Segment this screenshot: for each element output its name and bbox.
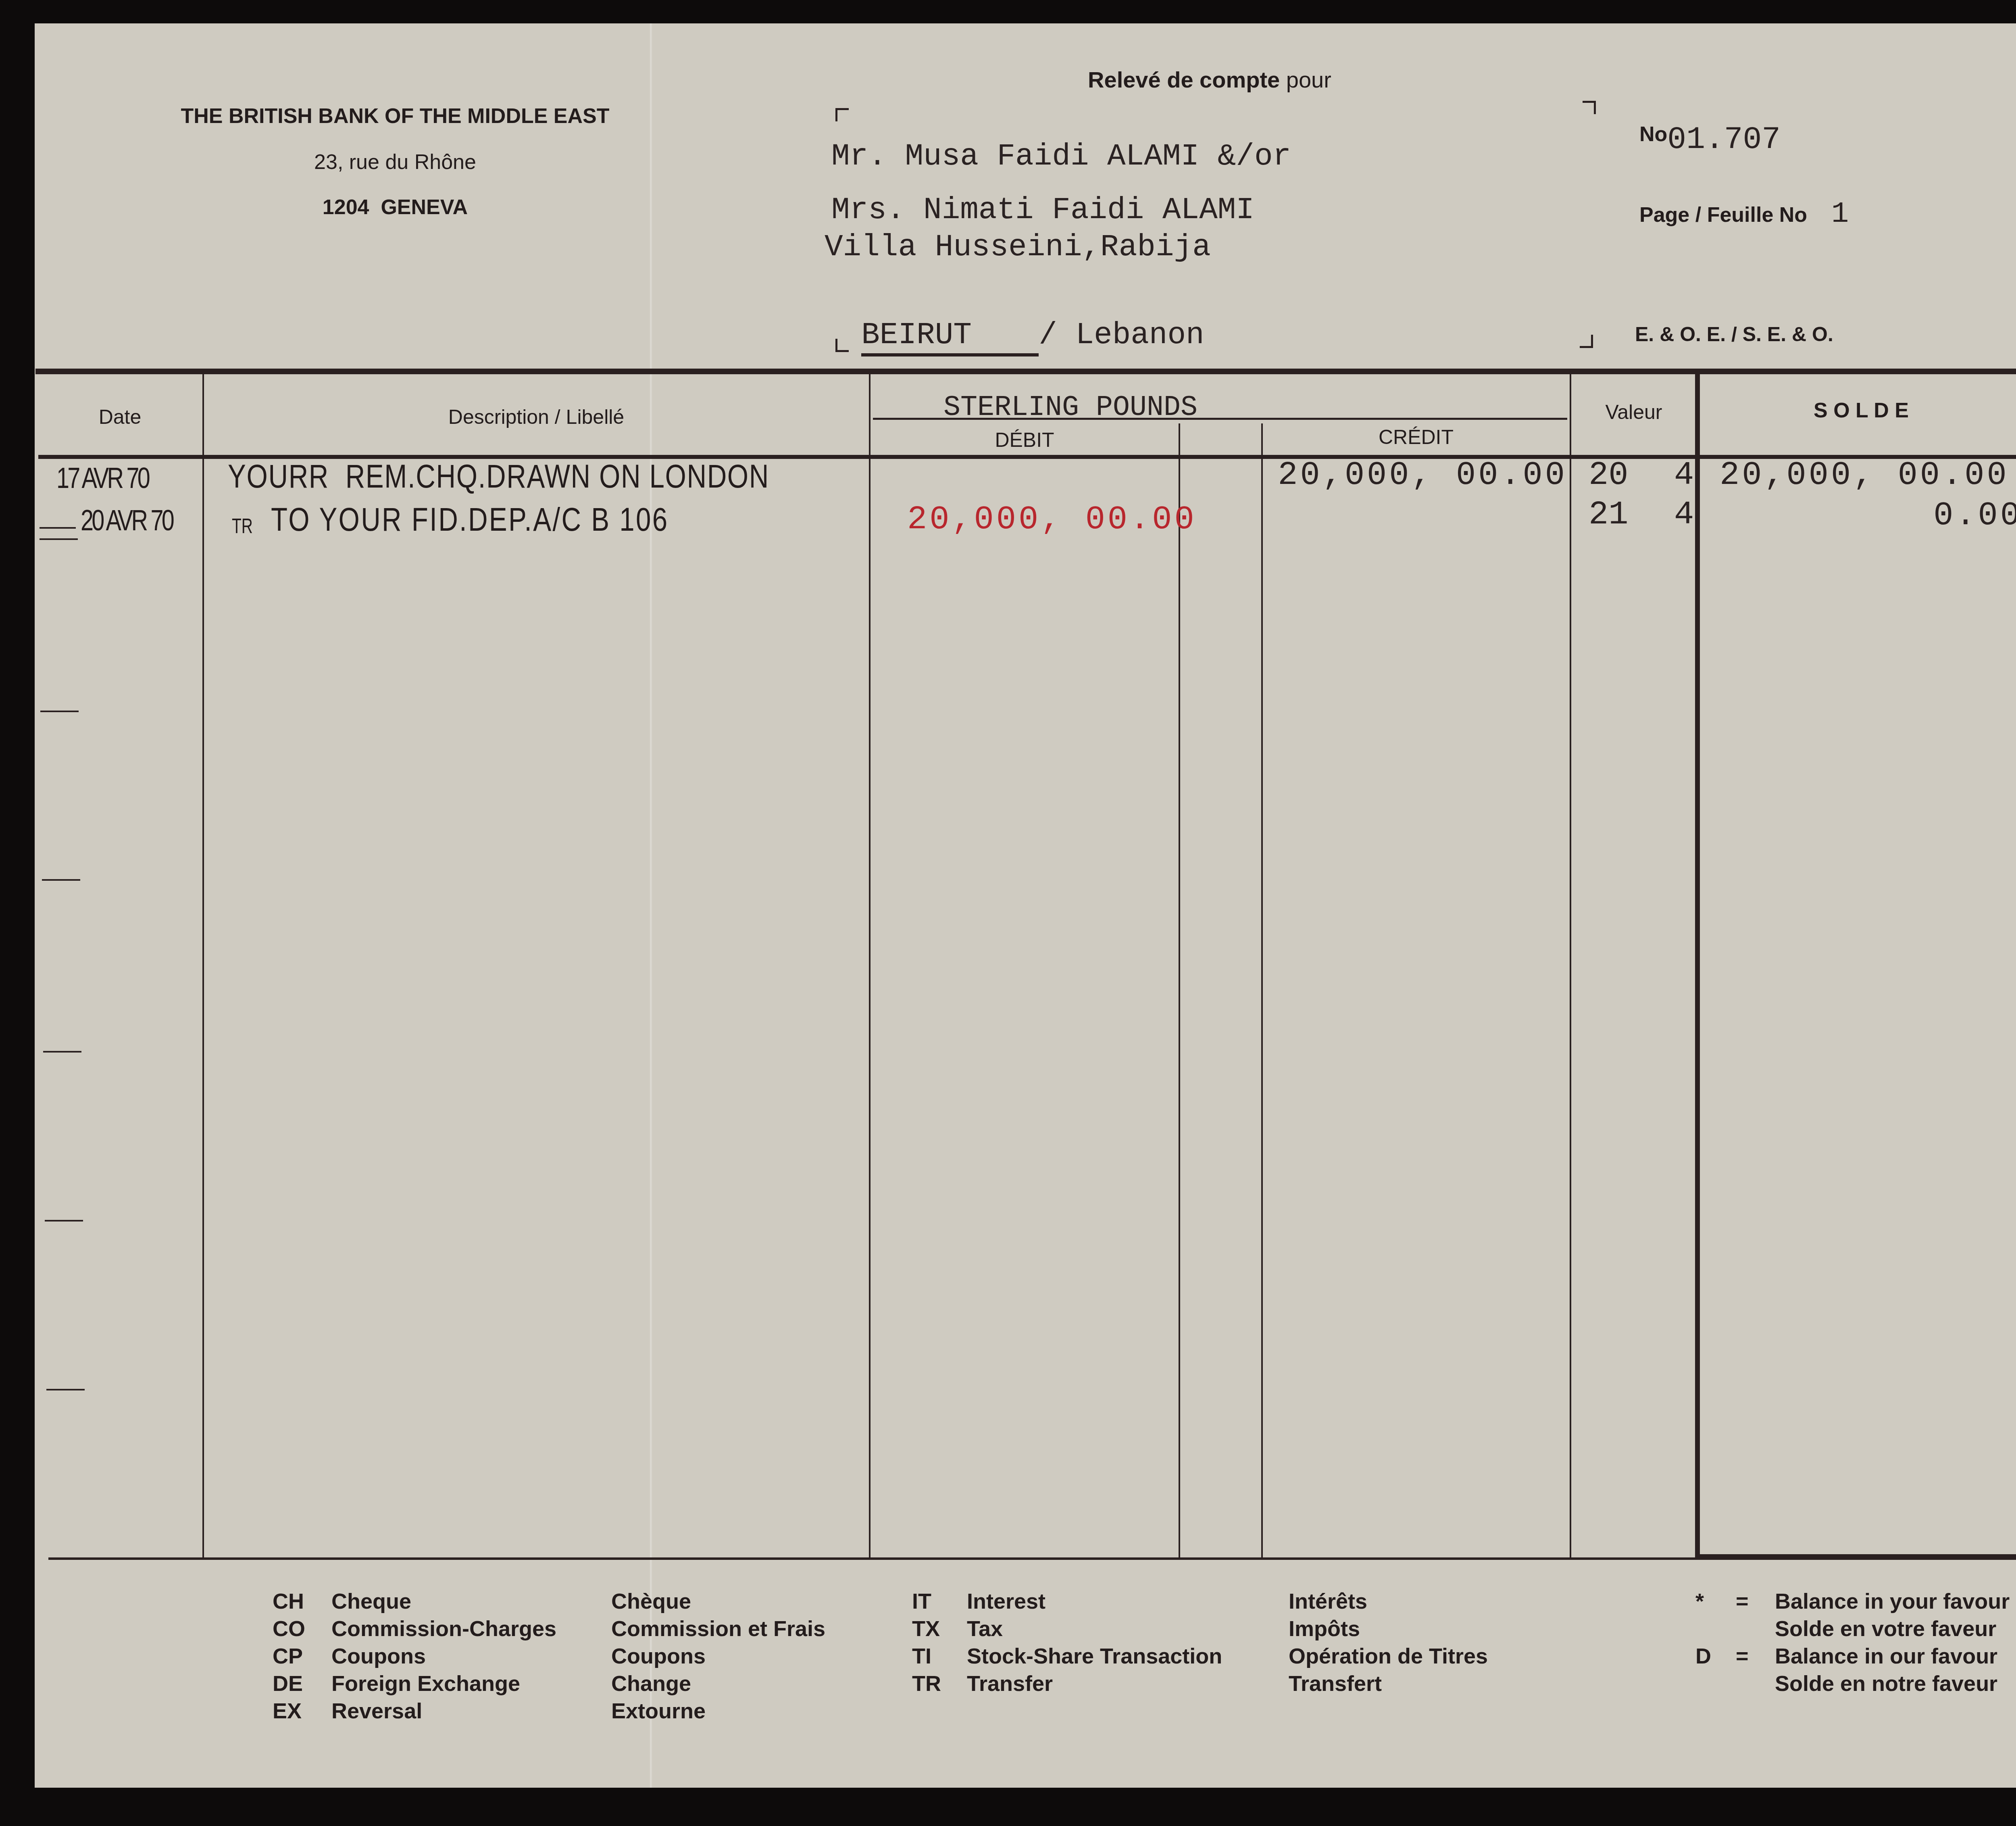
legend-en: Interest	[967, 1589, 1045, 1614]
legend-item-ex: EX Reversal Extourne	[273, 1699, 302, 1724]
errors-omissions-notice: E. & O. E. / S. E. & O.	[1635, 323, 1833, 346]
legend-en: Cheque	[331, 1589, 411, 1614]
legend-en: Reversal	[331, 1699, 422, 1724]
row-credit: 20,000, 00.00	[1264, 456, 1567, 494]
table-bottom-rule	[48, 1557, 1697, 1560]
margin-tick	[40, 711, 79, 712]
row-marker-dash	[40, 538, 78, 540]
legend-en: Commission-Charges	[331, 1616, 556, 1641]
solde-column-box	[1695, 371, 2016, 1560]
legend-en: Transfer	[967, 1671, 1053, 1696]
legend-en: Foreign Exchange	[331, 1671, 520, 1696]
legend-en: Balance in your favour	[1775, 1589, 2010, 1614]
legend-fr: Intérêts	[1289, 1589, 1367, 1614]
statement-number: No01.707	[1636, 115, 1781, 158]
column-divider-date	[202, 374, 204, 1558]
legend-code: IT	[912, 1589, 931, 1613]
address-corner-top-left	[835, 108, 849, 121]
recipient-line-3: Villa Husseini,Rabija	[825, 230, 1211, 265]
statement-title-rest: pour	[1286, 67, 1331, 92]
recipient-city: BEIRUT	[861, 318, 1039, 356]
recipient-line-1: Mr. Musa Faidi ALAMI &/or	[831, 139, 1291, 174]
legend-code: TR	[912, 1672, 941, 1696]
statement-title-bold: Relevé de compte	[1088, 67, 1280, 92]
recipient-line-2: Mrs. Nimati Faidi ALAMI	[831, 193, 1254, 227]
header-credit: CRÉDIT	[1263, 425, 1569, 449]
margin-tick	[43, 1051, 81, 1053]
legend-code: CO	[273, 1617, 305, 1641]
legend-item-ch: CH Cheque Chèque	[273, 1589, 304, 1614]
row-code: TR	[232, 514, 253, 538]
legend-code: TX	[912, 1617, 940, 1641]
row-valeur-month: 4	[1674, 456, 1694, 494]
address-corner-top-right	[1583, 101, 1596, 114]
header-valeur: Valeur	[1571, 400, 1696, 424]
column-divider-debit-sub	[1261, 423, 1263, 1558]
row-valeur-day: 21	[1589, 496, 1628, 534]
legend-fr: Chèque	[611, 1589, 691, 1614]
legend-fr: Coupons	[611, 1644, 706, 1669]
header-currency: STERLING POUNDS	[943, 392, 1198, 424]
row-valeur-month: 4	[1674, 496, 1694, 534]
margin-tick	[45, 1220, 83, 1222]
legend-en: Tax	[967, 1616, 1003, 1641]
legend-balance-in-your-favour-fr: Solde en votre faveur	[1775, 1616, 1996, 1641]
row-valeur-day: 20	[1589, 456, 1628, 494]
header-date: Date	[38, 405, 202, 429]
column-divider-credit	[1570, 374, 1571, 1558]
legend-symbol: *	[1695, 1589, 1704, 1613]
header-debit: DÉBIT	[871, 428, 1178, 452]
column-divider-description	[869, 374, 871, 1558]
legend-balance-in-your-favour: * = Balance in your favour	[1695, 1589, 1704, 1614]
recipient-country: / Lebanon	[1039, 318, 1204, 352]
legend-equals: =	[1736, 1589, 1749, 1614]
page-number-label: Page / Feuille No	[1639, 203, 1807, 227]
row-description: YOURR REM.CHQ.DRAWN ON LONDON	[228, 458, 769, 496]
row-description: TO YOUR FID.DEP.A/C B 106	[271, 501, 669, 539]
row-solde: 0.00	[1700, 497, 2016, 534]
legend-en: Balance in our favour	[1775, 1644, 1997, 1669]
legend-balance-in-our-favour-fr: Solde en notre faveur	[1775, 1671, 1997, 1696]
row-date: 17 AVR 70	[56, 462, 148, 495]
legend-fr: Impôts	[1289, 1616, 1360, 1641]
legend-item-de: DE Foreign Exchange Change	[273, 1671, 303, 1696]
margin-tick	[46, 1389, 85, 1390]
recipient-city-line: BEIRUT/ Lebanon	[825, 283, 1204, 356]
legend-item-co: CO Commission-Charges Commission et Frai…	[273, 1616, 305, 1641]
legend-item-tx: TX Tax Impôts	[912, 1616, 940, 1641]
legend-en: Coupons	[331, 1644, 426, 1669]
legend-code: CP	[273, 1644, 303, 1668]
legend-item-it: IT Interest Intérêts	[912, 1589, 931, 1614]
legend-code: CH	[273, 1589, 304, 1613]
legend-en: Stock-Share Transaction	[967, 1644, 1222, 1669]
legend-equals: =	[1736, 1644, 1749, 1669]
legend-fr: Transfert	[1289, 1671, 1382, 1696]
statement-number-label: No	[1639, 123, 1667, 146]
statement-number-value: 01.707	[1667, 122, 1781, 158]
margin-tick	[40, 527, 76, 529]
address-corner-bottom-right	[1580, 335, 1593, 348]
margin-tick	[42, 879, 80, 881]
legend-code: EX	[273, 1699, 302, 1723]
legend-item-ti: TI Stock-Share Transaction Opération de …	[912, 1644, 931, 1669]
statement-title: Relevé de compte pour	[968, 67, 1452, 93]
legend-code: TI	[912, 1644, 931, 1668]
row-date: 20 AVR 70	[81, 504, 173, 537]
legend-item-cp: CP Coupons Coupons	[273, 1644, 303, 1669]
bank-name: THE BRITISH BANK OF THE MIDDLE EAST	[133, 104, 657, 128]
legend-item-tr: TR Transfer Transfert	[912, 1671, 941, 1696]
legend-code: DE	[273, 1672, 303, 1696]
page-number-value: 1	[1831, 198, 1849, 231]
header-description: Description / Libellé	[204, 405, 868, 429]
legend-symbol: D	[1695, 1644, 1711, 1668]
legend-fr: Opération de Titres	[1289, 1644, 1488, 1669]
legend-balance-in-our-favour: D = Balance in our favour	[1695, 1644, 1711, 1669]
legend-fr: Commission et Frais	[611, 1616, 825, 1641]
header-solde: S O L D E	[1700, 398, 2016, 423]
page-number: Page / Feuille No1	[1636, 190, 1849, 231]
row-debit: 20,000, 00.00	[907, 501, 1197, 538]
row-solde: 20,000, 00.00	[1720, 456, 2009, 494]
bank-address-street: 23, rue du Rhône	[133, 150, 657, 174]
legend-fr: Change	[611, 1671, 691, 1696]
legend-fr: Extourne	[611, 1699, 706, 1724]
column-divider-debit	[1179, 423, 1180, 1558]
bank-address-city: 1204 GENEVA	[133, 195, 657, 219]
